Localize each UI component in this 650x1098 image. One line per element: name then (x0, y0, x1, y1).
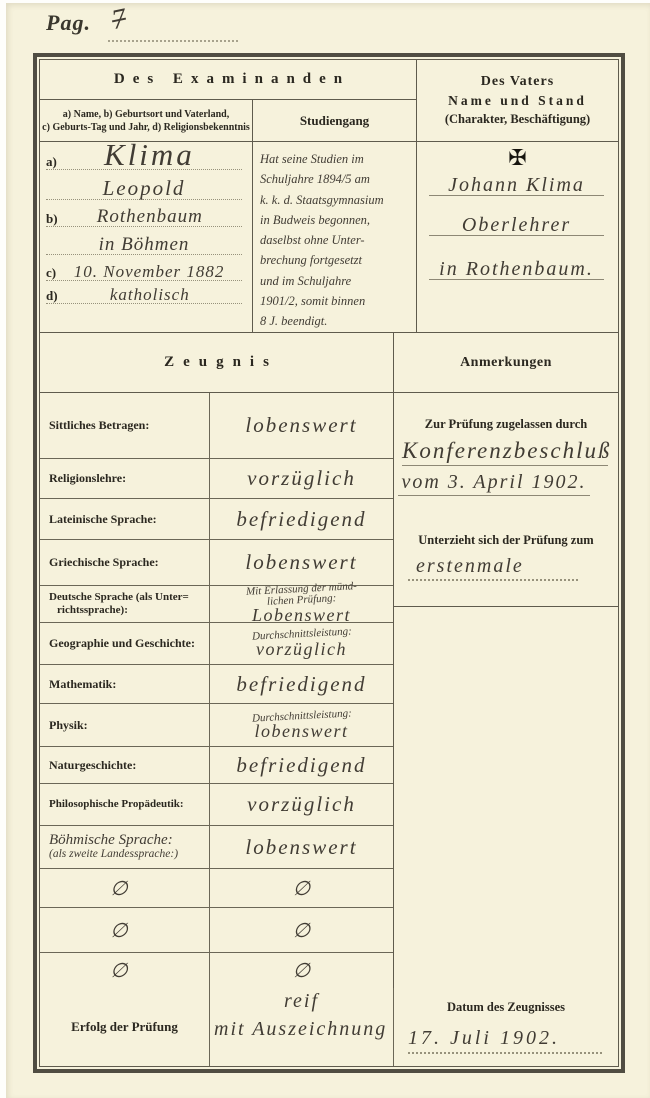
zeugnis-header-row: Zeugnis Anmerkungen (40, 333, 618, 393)
attempt-handwritten-text: erstenmale (408, 553, 578, 581)
result-value-cell: reif mit Auszeichnung (210, 988, 394, 1066)
father-header-line2: Name und Stand (448, 93, 587, 109)
annotations-divider-line (394, 606, 618, 607)
father-header: Des Vaters Name und Stand (Charakter, Be… (417, 60, 618, 142)
grade-value: vorzüglich (256, 640, 347, 658)
studiengang-header: Studiengang (253, 100, 417, 142)
label-b: b) (46, 212, 58, 226)
voided-row: ∅ ∅ (40, 869, 393, 908)
subheader-line1: a) Name, b) Geburtsort und Vaterland, (63, 109, 229, 120)
grade-row-griechische-sprache: Griechische Sprache: lobenswert (40, 540, 393, 586)
label-c: c) (46, 266, 56, 280)
examinand-birthplace: Rothenbaum (97, 208, 203, 226)
grade-value: Lobenswert (252, 606, 351, 624)
result-row: Erfolg der Prüfung reif mit Auszeichnung… (40, 988, 618, 1066)
grade-value: befriedigend (236, 674, 366, 695)
attempt-printed-text: Unterzieht sich der Prüfung zum (394, 533, 618, 548)
grade-value: befriedigend (236, 755, 366, 776)
date-label: Datum des Zeugnisses (394, 1000, 618, 1015)
admission-printed-text: Zur Prüfung zugelassen durch (394, 417, 618, 432)
certificate-date-cell: Datum des Zeugnisses 17. Juli 1902. (394, 988, 618, 1066)
grade-row-religionslehre: Religionslehre: vorzüglich (40, 459, 393, 499)
grade-row-naturgeschichte: Naturgeschichte: befriedigend (40, 747, 393, 784)
grade-value: lobenswert (245, 837, 357, 858)
admission-handwritten-line1: Konferenzbeschluß (402, 437, 608, 466)
page-number-area: Pag. 7 (46, 10, 91, 36)
birthplace-row: b) Rothenbaum (46, 202, 242, 227)
result-handwritten-line2: mit Auszeichnung (214, 1018, 387, 1041)
grade-value: vorzüglich (247, 468, 356, 489)
subject-label: Religionslehre: (49, 471, 209, 486)
form-frame-inner: Des Examinanden Des Vaters Name und Stan… (39, 59, 619, 1067)
grade-row-philosophische-propaedeutik: Philosophische Propädeutik: vorzüglich (40, 784, 393, 826)
grade-row-boehmische-sprache: Böhmische Sprache: (als zweite Landesspr… (40, 826, 393, 869)
subject-label: Lateinische Sprache: (49, 512, 209, 527)
father-residence: in Rothenbaum. (439, 259, 594, 279)
page-number-dotted-line (108, 40, 238, 42)
result-label-cell: Erfolg der Prüfung (40, 988, 210, 1066)
grades-table: Sittliches Betragen: lobenswert Religion… (40, 393, 394, 988)
scanned-certificate-page: Pag. 7 Des Examinanden Des Vaters Name u… (0, 0, 650, 1098)
firstname-row: Leopold (46, 173, 242, 200)
result-handwritten-line1: reif (210, 990, 393, 1013)
examinand-firstname: Leopold (103, 179, 186, 199)
result-label: Erfolg der Prüfung (71, 1019, 178, 1035)
voided-row: ∅ ∅ (40, 908, 393, 953)
zeugnis-header: Zeugnis (40, 333, 394, 392)
father-residence-row: in Rothenbaum. (429, 250, 604, 280)
subject-label: Geographie und Geschichte: (49, 636, 209, 651)
page-number-label: Pag. (46, 10, 91, 35)
father-occupation-row: Oberlehrer (429, 206, 604, 236)
personal-data-subheader: a) Name, b) Geburtsort und Vaterland, c)… (40, 100, 253, 142)
country-row: in Böhmen (46, 230, 242, 255)
grade-row-sittliches-betragen: Sittliches Betragen: lobenswert (40, 393, 393, 459)
examinand-country: in Böhmen (99, 236, 190, 254)
grade-row-geographie-geschichte: Geographie und Geschichte: Durchschnitts… (40, 623, 393, 665)
grade-row-lateinische-sprache: Lateinische Sprache: befriedigend (40, 499, 393, 540)
personal-data-cell: a) Klima Leopold b) Rothenbaum in Böhmen (40, 142, 253, 332)
grade-value: lobenswert (245, 552, 357, 573)
voided-row: ∅ ∅ (40, 953, 393, 988)
void-mark: ∅ (293, 918, 310, 943)
studiengang-cell: Hat seine Studien im Schuljahre 1894/5 a… (253, 142, 417, 332)
father-name-row: Johann Klima (429, 166, 604, 196)
grade-value: vorzüglich (247, 794, 356, 815)
grade-row-deutsche-sprache: Deutsche Sprache (als Unter= richtssprac… (40, 586, 393, 623)
date-handwritten: 17. Juli 1902. (408, 1024, 602, 1054)
religion-row: d) katholisch (46, 283, 242, 304)
subject-label: Deutsche Sprache (als Unter= (49, 591, 209, 605)
subject-label: Philosophische Propädeutik: (49, 798, 209, 812)
annotations-cell: Zur Prüfung zugelassen durch Konferenzbe… (394, 393, 618, 988)
subject-label: Naturgeschichte: (49, 758, 209, 773)
grade-row-physik: Physik: Durchschnittsleistung: lobenswer… (40, 704, 393, 747)
anmerkungen-header: Anmerkungen (394, 333, 618, 392)
subject-label-handwritten-line2: (als zweite Landessprache:) (49, 848, 209, 862)
father-header-line3: (Charakter, Beschäftigung) (445, 112, 590, 127)
studiengang-text: Hat seine Studien im Schuljahre 1894/5 a… (260, 149, 414, 332)
label-d: d) (46, 289, 58, 303)
void-mark: ∅ (110, 918, 147, 943)
form-frame: Des Examinanden Des Vaters Name und Stan… (33, 53, 625, 1073)
admission-handwritten-line2: vom 3. April 1902. (398, 469, 590, 496)
grades-and-annotations: Sittliches Betragen: lobenswert Religion… (40, 393, 618, 988)
subject-label: Physik: (49, 718, 209, 733)
father-occupation: Oberlehrer (462, 215, 571, 235)
void-mark: ∅ (110, 958, 147, 983)
subject-label: Griechische Sprache: (49, 555, 209, 570)
examinand-section: Des Examinanden Des Vaters Name und Stan… (40, 60, 618, 333)
examinand-surname: Klima (104, 140, 195, 169)
father-data-cell: ✠ Johann Klima Oberlehrer in Rothenbaum. (417, 142, 618, 332)
grade-value: befriedigend (236, 509, 366, 530)
examinand-header: Des Examinanden (40, 60, 417, 100)
subject-label: Sittliches Betragen: (49, 418, 209, 433)
grade-row-mathematik: Mathematik: befriedigend (40, 665, 393, 704)
father-name: Johann Klima (448, 175, 585, 195)
void-mark: ∅ (293, 958, 310, 983)
grade-value: lobenswert (245, 415, 357, 436)
subject-label: Mathematik: (49, 677, 209, 692)
subject-label-line2: richtssprache): (49, 604, 209, 617)
examinand-birthdate: 10. November 1882 (74, 264, 225, 280)
subject-label-handwritten: Böhmische Sprache: (49, 832, 209, 849)
examinand-religion: katholisch (110, 287, 190, 303)
void-mark: ∅ (293, 876, 310, 901)
name-row: a) Klima (46, 142, 242, 170)
grade-value: lobenswert (255, 722, 349, 740)
birthdate-row: c) 10. November 1882 (46, 258, 242, 281)
father-header-line1: Des Vaters (481, 74, 554, 90)
void-mark: ∅ (110, 876, 147, 901)
subheader-line2: c) Geburts-Tag und Jahr, d) Religionsbek… (42, 122, 250, 133)
label-a: a) (46, 155, 57, 169)
